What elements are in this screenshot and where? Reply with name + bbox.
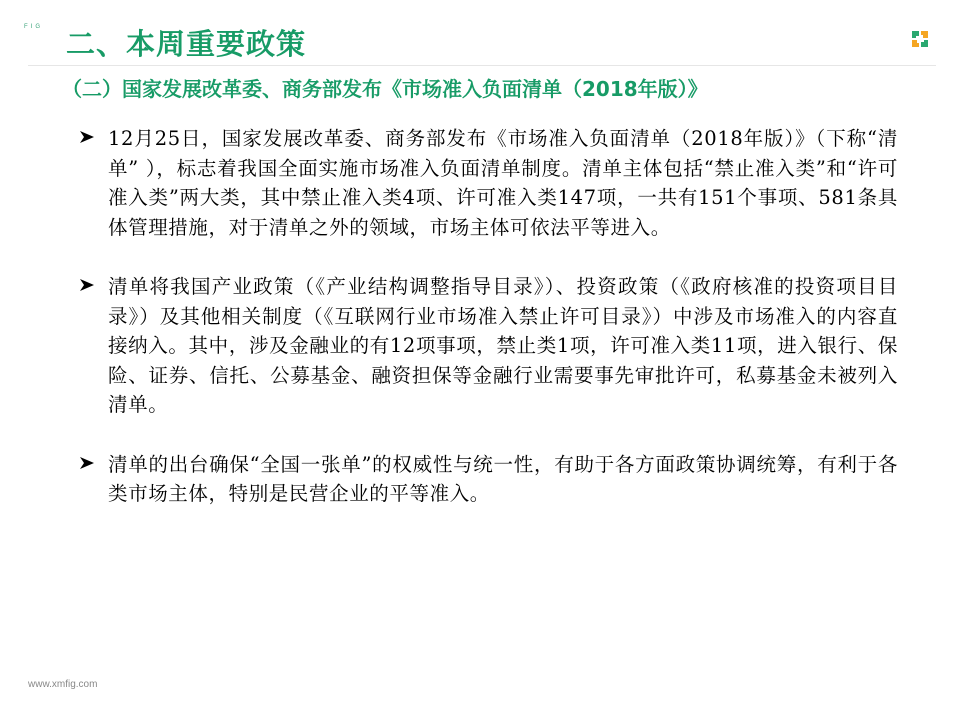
bullet-item: 清单将我国产业政策（《产业结构调整指导目录》）、投资政策（《政府核准的投资项目目…: [76, 272, 906, 420]
bullet-text: 清单的出台确保“全国一张单”的权威性与统一性，有助于各方面政策协调统筹，有利于各…: [108, 450, 898, 509]
bullet-item: 清单的出台确保“全国一张单”的权威性与统一性，有助于各方面政策协调统筹，有利于各…: [76, 450, 906, 509]
page-title: 二、本周重要政策: [66, 26, 306, 62]
section-subtitle: （二）国家发展改革委、商务部发布《市场准入负面清单（2018年版）》: [62, 75, 708, 103]
header-divider: [28, 65, 936, 66]
arrowhead-bullet-icon: [80, 130, 94, 144]
policy-content: 12月25日，国家发展改革委、商务部发布《市场准入负面清单（2018年版）》（下…: [76, 124, 906, 539]
brand-mark-small: FIG: [24, 24, 43, 30]
bullet-text: 12月25日，国家发展改革委、商务部发布《市场准入负面清单（2018年版）》（下…: [108, 124, 898, 242]
footer-url[interactable]: www.xmfig.com: [28, 679, 97, 690]
pinwheel-logo-icon: [908, 27, 932, 51]
bullet-text: 清单将我国产业政策（《产业结构调整指导目录》）、投资政策（《政府核准的投资项目目…: [108, 272, 898, 420]
arrowhead-bullet-icon: [80, 278, 94, 292]
bullet-item: 12月25日，国家发展改革委、商务部发布《市场准入负面清单（2018年版）》（下…: [76, 124, 906, 242]
arrowhead-bullet-icon: [80, 456, 94, 470]
